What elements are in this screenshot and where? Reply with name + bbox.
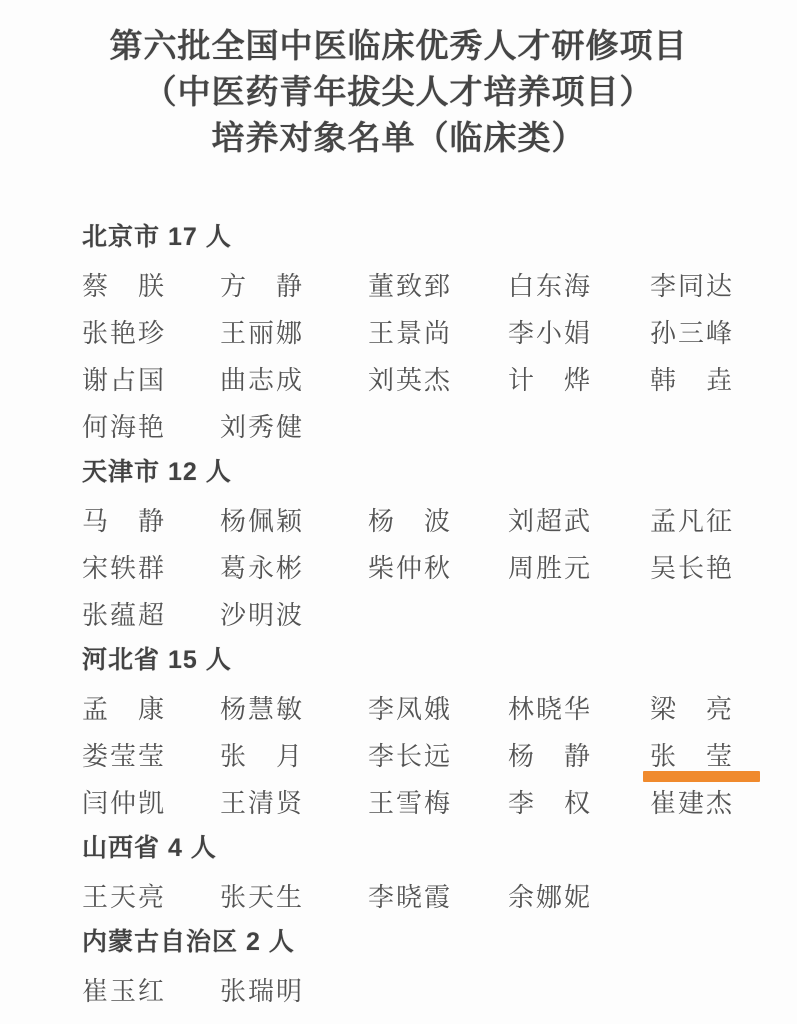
section-header: 北京市 17 人 bbox=[82, 214, 777, 261]
person-name: 张蕴超 bbox=[82, 595, 166, 632]
person-name: 沙明波 bbox=[220, 595, 304, 632]
person-name: 白东海 bbox=[508, 266, 592, 303]
person-name: 梁 亮 bbox=[650, 689, 734, 726]
province-section: 河北省 15 人孟 康杨慧敏李凤娥林晓华梁 亮娄莹莹张 月李长远杨 静张 莹闫仲… bbox=[82, 637, 777, 825]
person-name: 王丽娜 bbox=[220, 313, 304, 350]
person-name: 孙三峰 bbox=[650, 313, 734, 350]
person-name: 王天亮 bbox=[82, 877, 166, 914]
province-section: 山西省 4 人王天亮张天生李晓霞余娜妮 bbox=[82, 825, 777, 919]
person-name: 柴仲秋 bbox=[368, 548, 452, 585]
section-header: 山西省 4 人 bbox=[82, 825, 777, 872]
person-name: 林晓华 bbox=[508, 689, 592, 726]
person-name: 曲志成 bbox=[220, 360, 304, 397]
section-header: 内蒙古自治区 2 人 bbox=[82, 919, 777, 966]
section-header: 河北省 15 人 bbox=[82, 637, 777, 684]
person-name: 计 烨 bbox=[508, 360, 592, 397]
person-name: 李晓霞 bbox=[368, 877, 452, 914]
person-name: 孟凡征 bbox=[650, 501, 734, 538]
person-name: 崔玉红 bbox=[82, 971, 166, 1008]
person-name: 宋轶群 bbox=[82, 548, 166, 585]
person-name: 余娜妮 bbox=[508, 877, 592, 914]
person-name: 刘英杰 bbox=[368, 360, 452, 397]
name-row: 崔玉红张瑞明 bbox=[82, 966, 777, 1013]
person-name: 李同达 bbox=[650, 266, 734, 303]
person-name: 张天生 bbox=[220, 877, 304, 914]
name-row: 张蕴超沙明波 bbox=[82, 590, 777, 637]
person-name: 刘超武 bbox=[508, 501, 592, 538]
name-row: 谢占国曲志成刘英杰计 烨韩 垚 bbox=[82, 355, 777, 402]
person-name: 张 月 bbox=[220, 736, 304, 773]
person-name: 杨佩颖 bbox=[220, 501, 304, 538]
person-name: 张瑞明 bbox=[220, 971, 304, 1008]
person-name: 王清贤 bbox=[220, 783, 304, 820]
name-list: 北京市 17 人蔡 朕方 静董致郅白东海李同达张艳珍王丽娜王景尚李小娟孙三峰谢占… bbox=[0, 214, 797, 1013]
person-name: 孟 康 bbox=[82, 689, 166, 726]
person-name: 董致郅 bbox=[368, 266, 452, 303]
person-name: 闫仲凯 bbox=[82, 783, 166, 820]
province-section: 天津市 12 人马 静杨佩颖杨 波刘超武孟凡征宋轶群葛永彬柴仲秋周胜元吴长艳张蕴… bbox=[82, 449, 777, 637]
person-name: 何海艳 bbox=[82, 407, 166, 444]
person-name: 娄莹莹 bbox=[82, 736, 166, 773]
person-name: 方 静 bbox=[220, 266, 304, 303]
person-name: 李凤娥 bbox=[368, 689, 452, 726]
person-name: 李长远 bbox=[368, 736, 452, 773]
person-name: 李小娟 bbox=[508, 313, 592, 350]
highlight-underline bbox=[643, 771, 760, 782]
name-row: 孟 康杨慧敏李凤娥林晓华梁 亮 bbox=[82, 684, 777, 731]
document-page: 第六批全国中医临床优秀人才研修项目 （中医药青年拔尖人才培养项目） 培养对象名单… bbox=[0, 0, 797, 1024]
person-name: 张 莹 bbox=[650, 736, 734, 773]
person-name: 李 权 bbox=[508, 783, 592, 820]
province-section: 内蒙古自治区 2 人崔玉红张瑞明 bbox=[82, 919, 777, 1013]
person-name: 张艳珍 bbox=[82, 313, 166, 350]
section-header: 天津市 12 人 bbox=[82, 449, 777, 496]
person-name: 马 静 bbox=[82, 501, 166, 538]
person-name: 杨 波 bbox=[368, 501, 452, 538]
name-row: 张艳珍王丽娜王景尚李小娟孙三峰 bbox=[82, 308, 777, 355]
province-section: 北京市 17 人蔡 朕方 静董致郅白东海李同达张艳珍王丽娜王景尚李小娟孙三峰谢占… bbox=[82, 214, 777, 449]
person-name: 蔡 朕 bbox=[82, 266, 166, 303]
name-row: 马 静杨佩颖杨 波刘超武孟凡征 bbox=[82, 496, 777, 543]
title-line-3: 培养对象名单（临床类） bbox=[0, 116, 797, 162]
name-row: 闫仲凯王清贤王雪梅李 权崔建杰 bbox=[82, 778, 777, 825]
person-name: 崔建杰 bbox=[650, 783, 734, 820]
name-row: 蔡 朕方 静董致郅白东海李同达 bbox=[82, 261, 777, 308]
title-line-1: 第六批全国中医临床优秀人才研修项目 bbox=[0, 24, 797, 70]
title-line-2: （中医药青年拔尖人才培养项目） bbox=[0, 70, 797, 116]
name-row: 何海艳刘秀健 bbox=[82, 402, 777, 449]
person-name: 王景尚 bbox=[368, 313, 452, 350]
person-name: 韩 垚 bbox=[650, 360, 734, 397]
person-name: 杨 静 bbox=[508, 736, 592, 773]
person-name: 吴长艳 bbox=[650, 548, 734, 585]
person-name: 杨慧敏 bbox=[220, 689, 304, 726]
person-name: 周胜元 bbox=[508, 548, 592, 585]
person-name: 王雪梅 bbox=[368, 783, 452, 820]
name-row: 宋轶群葛永彬柴仲秋周胜元吴长艳 bbox=[82, 543, 777, 590]
person-name: 刘秀健 bbox=[220, 407, 304, 444]
name-row: 王天亮张天生李晓霞余娜妮 bbox=[82, 872, 777, 919]
person-name: 谢占国 bbox=[82, 360, 166, 397]
name-row: 娄莹莹张 月李长远杨 静张 莹 bbox=[82, 731, 777, 778]
person-name: 葛永彬 bbox=[220, 548, 304, 585]
document-title: 第六批全国中医临床优秀人才研修项目 （中医药青年拔尖人才培养项目） 培养对象名单… bbox=[0, 0, 797, 162]
